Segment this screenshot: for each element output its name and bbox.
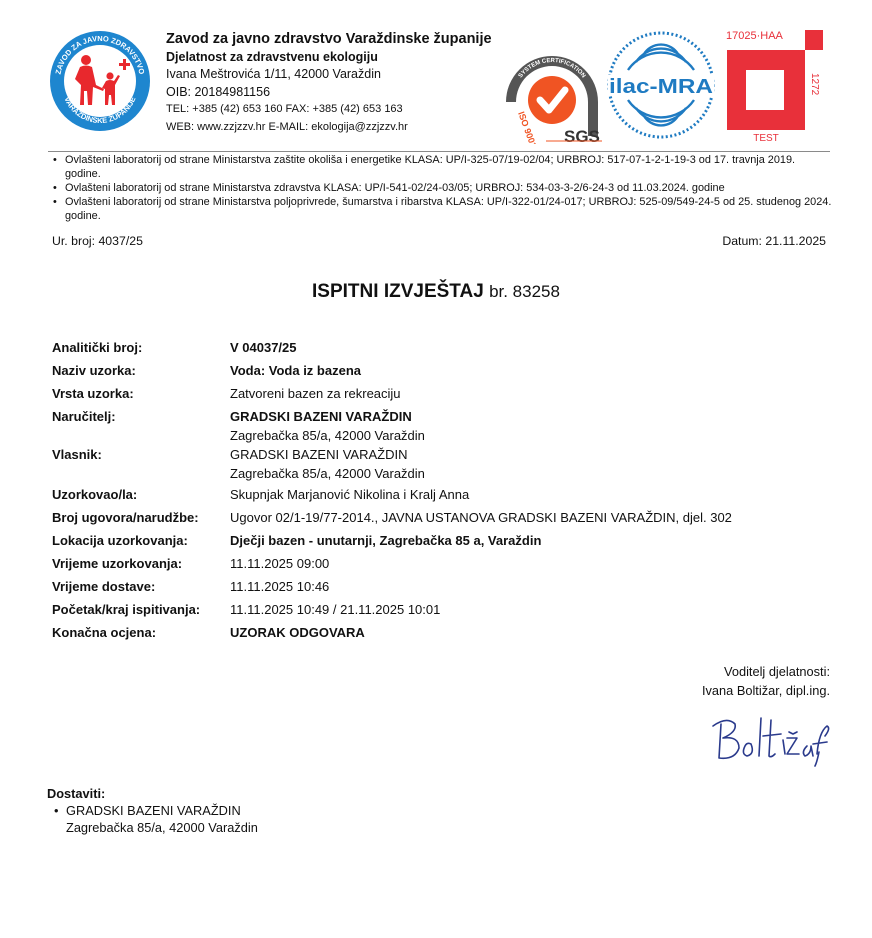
org-web-email: WEB: www.zzjzzv.hr E-MAIL: ekologija@zzj…	[166, 119, 492, 136]
field-value-sub: Zagrebačka 85/a, 42000 Varaždin	[230, 426, 852, 445]
field-label: Naručitelj:	[52, 407, 230, 445]
svg-text:ilac-MRA: ilac-MRA	[609, 76, 713, 98]
signer-block: Voditelj djelatnosti: Ivana Boltižar, di…	[702, 662, 830, 700]
field-value: V 04037/25	[230, 338, 852, 361]
svg-text:TEST: TEST	[753, 133, 779, 143]
field-label: Naziv uzorka:	[52, 361, 230, 384]
field-value: Ugovor 02/1-19/77-2014., JAVNA USTANOVA …	[230, 508, 852, 531]
accreditation-item: Ovlašteni laboratorij od strane Ministar…	[52, 181, 832, 195]
field-row: Vrijeme uzorkovanja: 11.11.2025 09:00	[52, 554, 852, 577]
field-label: Vlasnik:	[52, 445, 230, 485]
accreditation-item: Ovlašteni laboratorij od strane Ministar…	[52, 195, 832, 223]
field-value: 11.11.2025 09:00	[230, 554, 852, 577]
field-label: Vrijeme uzorkovanja:	[52, 554, 230, 577]
field-row: Broj ugovora/narudžbe: Ugovor 02/1-19/77…	[52, 508, 852, 531]
ilac-mra-icon: ilac-MRA	[606, 30, 716, 140]
field-value: Dječji bazen - unutarnji, Zagrebačka 85 …	[230, 531, 852, 554]
delivery-heading: Dostaviti:	[47, 785, 258, 802]
field-row: Vlasnik: GRADSKI BAZENI VARAŽDIN Zagreba…	[52, 445, 852, 485]
report-title: ISPITNI IZVJEŠTAJ br. 83258	[0, 281, 872, 303]
report-title-main: ISPITNI IZVJEŠTAJ	[312, 281, 484, 302]
field-value: 11.11.2025 10:49 / 21.11.2025 10:01	[230, 600, 852, 623]
field-label: Vrsta uzorka:	[52, 384, 230, 407]
org-oib: OIB: 20184981156	[166, 84, 492, 101]
field-row: Naziv uzorka: Voda: Voda iz bazena	[52, 361, 852, 384]
field-value: UZORAK ODGOVARA	[230, 623, 852, 646]
recipient-address: Zagrebačka 85/a, 42000 Varaždin	[66, 819, 258, 836]
svg-text:1272: 1272	[809, 73, 820, 96]
handwritten-signature-icon	[705, 712, 835, 772]
field-value: GRADSKI BAZENI VARAŽDIN	[230, 445, 852, 464]
field-label: Broj ugovora/narudžbe:	[52, 508, 230, 531]
field-row: Naručitelj: GRADSKI BAZENI VARAŽDIN Zagr…	[52, 407, 852, 445]
svg-text:17025·HAA: 17025·HAA	[726, 30, 784, 42]
zzjzzv-logo-icon: ZAVOD ZA JAVNO ZDRAVSTVO VARAŽDINSKE ŽUP…	[48, 29, 152, 133]
field-row: Početak/kraj ispitivanja: 11.11.2025 10:…	[52, 600, 852, 623]
signer-role: Voditelj djelatnosti:	[702, 662, 830, 681]
field-value-group: GRADSKI BAZENI VARAŽDIN Zagrebačka 85/a,…	[230, 407, 852, 445]
field-value: Voda: Voda iz bazena	[230, 361, 852, 384]
org-name: Zavod za javno zdravstvo Varaždinske žup…	[166, 30, 492, 49]
field-row: Uzorkovao/la: Skupnjak Marjanović Nikoli…	[52, 485, 852, 508]
org-address: Ivana Meštrovića 1/11, 42000 Varaždin	[166, 66, 492, 83]
sample-info-table: Analitički broj: V 04037/25 Naziv uzorka…	[52, 338, 852, 646]
field-label: Početak/kraj ispitivanja:	[52, 600, 230, 623]
haa-accreditation-icon: 17025·HAA 1272 TEST	[722, 28, 827, 143]
accreditation-list: Ovlašteni laboratorij od strane Ministar…	[52, 153, 832, 223]
field-value: 11.11.2025 10:46	[230, 577, 852, 600]
delivery-recipient: GRADSKI BAZENI VARAŽDIN Zagrebačka 85/a,…	[47, 802, 258, 836]
field-row: Konačna ocjena: UZORAK ODGOVARA	[52, 623, 852, 646]
reference-number: Ur. broj: 4037/25	[52, 234, 143, 248]
field-value: GRADSKI BAZENI VARAŽDIN	[230, 407, 852, 426]
report-number: br. 83258	[489, 282, 560, 301]
field-value-sub: Zagrebačka 85/a, 42000 Varaždin	[230, 464, 852, 483]
field-value: Zatvoreni bazen za rekreaciju	[230, 384, 852, 407]
accreditation-item: Ovlašteni laboratorij od strane Ministar…	[52, 153, 832, 181]
department-name: Djelatnost za zdravstvenu ekologiju	[166, 49, 492, 66]
field-row: Lokacija uzorkovanja: Dječji bazen - unu…	[52, 531, 852, 554]
field-label: Analitički broj:	[52, 338, 230, 361]
signer-name: Ivana Boltižar, dipl.ing.	[702, 681, 830, 700]
field-row: Vrsta uzorka: Zatvoreni bazen za rekreac…	[52, 384, 852, 407]
field-row: Analitički broj: V 04037/25	[52, 338, 852, 361]
recipient-name: GRADSKI BAZENI VARAŽDIN	[66, 802, 258, 819]
report-date: Datum: 21.11.2025	[722, 234, 826, 248]
delivery-block: Dostaviti: GRADSKI BAZENI VARAŽDIN Zagre…	[47, 785, 258, 836]
org-phone-fax: TEL: +385 (42) 653 160 FAX: +385 (42) 65…	[166, 101, 492, 118]
field-label: Lokacija uzorkovanja:	[52, 531, 230, 554]
field-label: Uzorkovao/la:	[52, 485, 230, 508]
field-value-group: GRADSKI BAZENI VARAŽDIN Zagrebačka 85/a,…	[230, 445, 852, 485]
field-label: Vrijeme dostave:	[52, 577, 230, 600]
header-divider	[48, 151, 830, 152]
field-value: Skupnjak Marjanović Nikolina i Kralj Ann…	[230, 485, 852, 508]
field-label: Konačna ocjena:	[52, 623, 230, 646]
sgs-iso-9001-icon: SYSTEM CERTIFICATION ISO 9001 SGS	[498, 40, 604, 144]
field-row: Vrijeme dostave: 11.11.2025 10:46	[52, 577, 852, 600]
organization-header: Zavod za javno zdravstvo Varaždinske žup…	[166, 30, 492, 136]
